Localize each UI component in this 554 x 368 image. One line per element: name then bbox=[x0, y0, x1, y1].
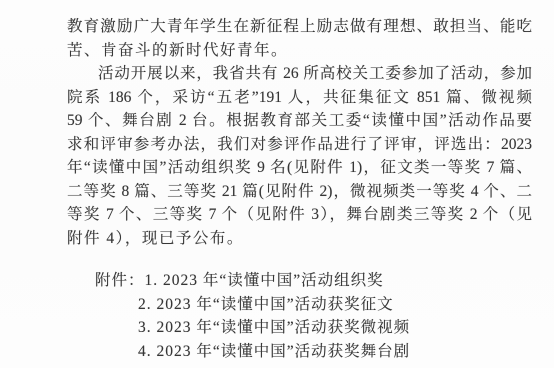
attachment-row: 3. 2023 年“读懂中国”活动获奖微视频 bbox=[95, 316, 532, 340]
paragraph-line: 附件 4），现已予公布。 bbox=[67, 227, 532, 251]
paragraph-line: 等奖 7 个、三等奖 7 个（见附件 3），舞台剧类三等奖 2 个（见 bbox=[67, 203, 532, 227]
document-body: 教育激励广大青年学生在新征程上励志做有理想、敢担当、能吃 苦、肯奋斗的新时代好青… bbox=[67, 15, 532, 250]
attachment-row: 4. 2023 年“读懂中国”活动获奖舞台剧 bbox=[95, 340, 532, 364]
attachment-item: 4. 2023 年“读懂中国”活动获奖舞台剧 bbox=[138, 343, 410, 360]
attachment-row: 附件：1. 2023 年“读懂中国”活动组织奖 bbox=[95, 269, 532, 293]
paragraph-line: 教育激励广大青年学生在新征程上励志做有理想、敢担当、能吃 bbox=[67, 15, 532, 39]
paragraph-line: 苦、肯奋斗的新时代好青年。 bbox=[67, 39, 532, 63]
attachment-item: 1. 2023 年“读懂中国”活动组织奖 bbox=[145, 272, 384, 289]
attachment-item: 3. 2023 年“读懂中国”活动获奖微视频 bbox=[138, 319, 410, 336]
attachment-item: 2. 2023 年“读懂中国”活动获奖征文 bbox=[138, 296, 394, 313]
paragraph-line: 年“读懂中国”活动组织奖 9 名(见附件 1)，征文类一等奖 7 篇、 bbox=[67, 156, 532, 180]
attachment-label: 附件： bbox=[95, 269, 145, 293]
attachment-row: 2. 2023 年“读懂中国”活动获奖征文 bbox=[95, 293, 532, 317]
paragraph-line: 院系 186 个，采访“五老”191 人，共征集征文 851 篇、微视频 bbox=[67, 86, 532, 110]
scanned-document: { "document": { "body_lines": [ { "text"… bbox=[0, 0, 554, 368]
document-page: 教育激励广大青年学生在新征程上励志做有理想、敢担当、能吃 苦、肯奋斗的新时代好青… bbox=[0, 0, 554, 368]
paragraph-line: 二等奖 8 篇、三等奖 21 篇(见附件 2)，微视频类一等奖 4 个、二 bbox=[67, 180, 532, 204]
paragraph-line: 求和评审参考办法，我们对参评作品进行了评审，评选出：2023 bbox=[67, 133, 532, 157]
attachment-list: 附件：1. 2023 年“读懂中国”活动组织奖 2. 2023 年“读懂中国”活… bbox=[95, 269, 532, 363]
paragraph-line: 59 个、舞台剧 2 台。根据教育部关工委“读懂中国”活动作品要 bbox=[67, 109, 532, 133]
paragraph-line: 活动开展以来，我省共有 26 所高校关工委参加了活动，参加 bbox=[67, 62, 532, 86]
